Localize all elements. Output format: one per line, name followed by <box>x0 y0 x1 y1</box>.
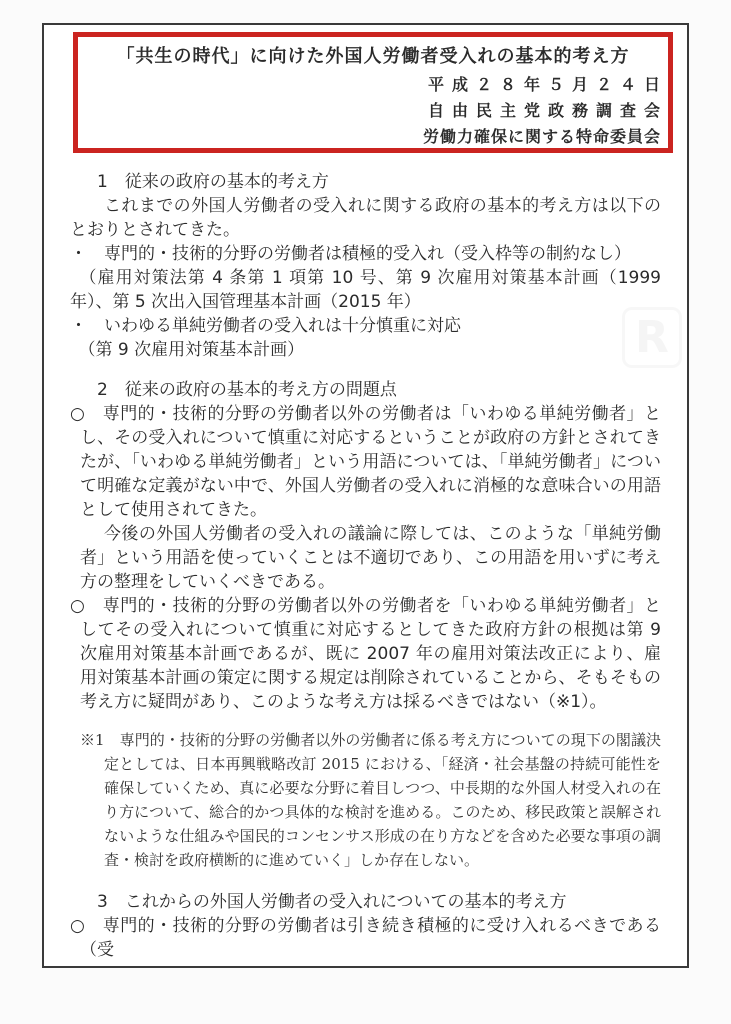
committee-name: 労働力確保に関する特命委員会 <box>86 124 661 150</box>
document-date: 平成２８年５月２４日 <box>86 72 668 98</box>
section-1-intro-paragraph: これまでの外国人労働者の受入れに関する政府の基本的考え方は以下のとおりとされてき… <box>70 194 661 242</box>
footnote-1: ※1 専門的・技術的分野の労働者以外の労働者に係る考え方についての現下の閣議決定… <box>80 728 661 872</box>
section-2-item-1-continued: 今後の外国人労働者の受入れの議論に際しては、このような「単純労働者」という用語を… <box>70 522 661 594</box>
credit-block: 平成２８年５月２４日 自由民主党政務調査会 労働力確保に関する特命委員会 <box>86 72 660 150</box>
section-2-item-1: ○ 専門的・技術的分野の労働者以外の労働者は「いわゆる単純労働者」とし、その受入… <box>70 402 661 522</box>
section-2-heading: 2 従来の政府の基本的考え方の問題点 <box>70 378 661 402</box>
document-title: 「共生の時代」に向けた外国人労働者受入れの基本的考え方 <box>86 45 660 69</box>
organization-name: 自由民主党政務調査会 <box>86 98 668 124</box>
title-box: 「共生の時代」に向けた外国人労働者受入れの基本的考え方 平成２８年５月２４日 自… <box>73 32 673 153</box>
section-3-heading: 3 これからの外国人労働者の受入れについての基本的考え方 <box>70 890 661 914</box>
document-body: 1 従来の政府の基本的考え方 これまでの外国人労働者の受入れに関する政府の基本的… <box>70 170 661 962</box>
section-3-item-1: ○ 専門的・技術的分野の労働者は引き続き積極的に受け入れるべきである（受 <box>70 914 661 962</box>
document-page: 「共生の時代」に向けた外国人労働者受入れの基本的考え方 平成２８年５月２４日 自… <box>42 23 689 968</box>
section-1-bullet-2: ・ いわゆる単純労働者の受入れは十分慎重に対応 （第 9 次雇用対策基本計画） <box>70 314 661 362</box>
section-1-bullet-1: ・ 専門的・技術的分野の労働者は積極的受入れ（受入枠等の制約なし） （雇用対策法… <box>70 242 661 314</box>
section-1-heading: 1 従来の政府の基本的考え方 <box>70 170 661 194</box>
screenshot-root: { "doc": { "header": { "title": "「共生の時代」… <box>0 0 731 1024</box>
section-2-item-2: ○ 専門的・技術的分野の労働者以外の労働者を「いわゆる単純労働者」としてその受入… <box>70 594 661 714</box>
